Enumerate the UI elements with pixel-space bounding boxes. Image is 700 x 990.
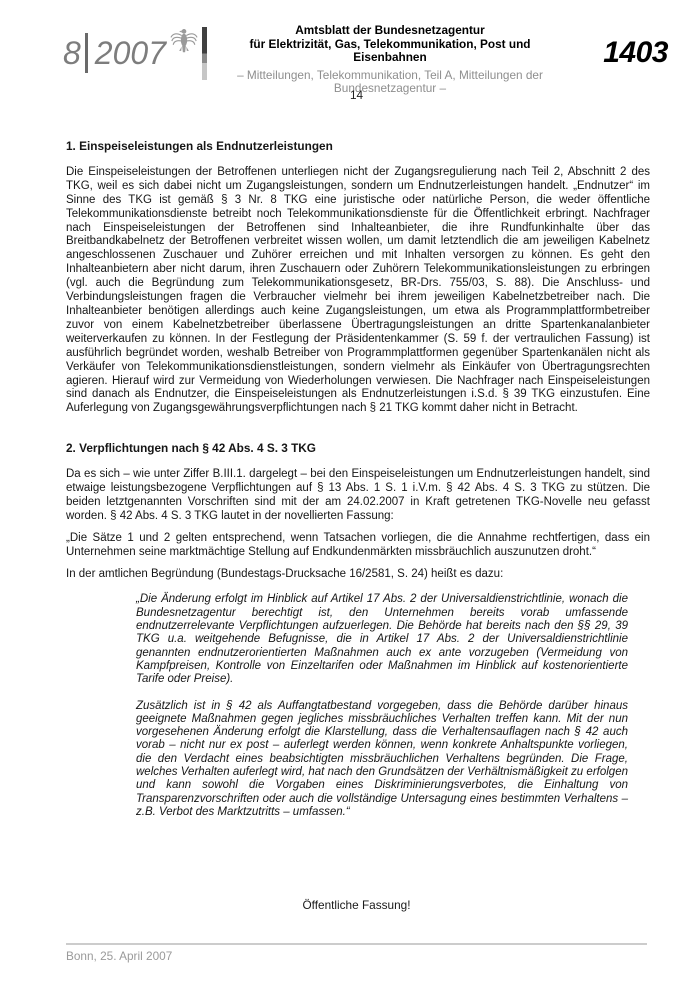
- issue-number: 8: [63, 35, 81, 72]
- masthead: Amtsblatt der Bundesnetzagentur für Elek…: [213, 24, 567, 95]
- section-2-heading: 2. Verpflichtungen nach § 42 Abs. 4 S. 3…: [66, 442, 650, 456]
- document-page: 8 2007 Amtsblatt der Bun: [0, 0, 700, 990]
- section-2-paragraph-1: Da es sich – wie unter Ziffer B.III.1. d…: [66, 468, 650, 524]
- section-1-heading: 1. Einspeiseleistungen als Endnutzerleis…: [66, 140, 650, 154]
- issue-divider: [85, 33, 88, 73]
- quote-paragraph-1: „Die Änderung erfolgt im Hinblick auf Ar…: [136, 593, 628, 686]
- quote-paragraph-2: Zusätzlich ist in § 42 als Auffangtatbes…: [136, 700, 628, 820]
- masthead-title-line2: für Elektrizität, Gas, Telekommunikation…: [213, 38, 567, 65]
- footer-divider: [66, 943, 647, 945]
- emblem-divider-bar: [202, 27, 207, 80]
- footer-place-date: Bonn, 25. April 2007: [66, 949, 172, 963]
- document-body: 1. Einspeiseleistungen als Endnutzerleis…: [66, 140, 650, 819]
- section-2-statute-quote: „Die Sätze 1 und 2 gelten entsprechend, …: [66, 532, 650, 560]
- issue-number-block: 8 2007: [63, 33, 166, 73]
- section-2-paragraph-intro: In der amtlichen Begründung (Bundestags-…: [66, 568, 650, 582]
- masthead-title-line1: Amtsblatt der Bundesnetzagentur: [213, 24, 567, 38]
- page-number: 14: [66, 88, 647, 102]
- section-1-paragraph: Die Einspeiseleistungen der Betroffenen …: [66, 166, 650, 416]
- version-note: Öffentliche Fassung!: [66, 898, 647, 912]
- issue-year: 2007: [95, 35, 166, 72]
- federal-eagle-icon: [170, 25, 198, 59]
- sheet-reference-number: 1403: [603, 36, 668, 70]
- official-reasoning-quote: „Die Änderung erfolgt im Hinblick auf Ar…: [136, 593, 650, 819]
